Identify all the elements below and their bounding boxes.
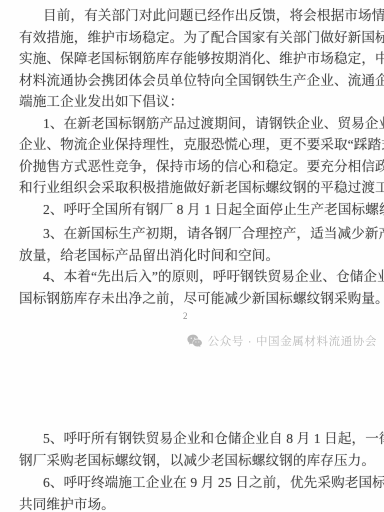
document-line: 和行业组织会采取积极措施做好新老国标螺纹钢的平稳过渡工作。 [19, 177, 375, 199]
page-number: 2 [183, 311, 188, 321]
document-line: 6、呼吁终端施工企业在 9 月 25 日之前，优先采购老国标钢筋， [19, 472, 375, 494]
document-line: 企业、物流企业保持理性，克服恐慌心理，更不要采取“踩踏式”低 [19, 134, 375, 156]
document-body-top: 目前，有关部门对此问题已经作出反馈，将会根据市场情况采取 有效措施，维护市场稳定… [19, 5, 375, 309]
document-page: 目前，有关部门对此问题已经作出反馈，将会根据市场情况采取 有效措施，维护市场稳定… [0, 0, 384, 512]
document-line: 2、呼吁全国所有钢厂 8 月 1 日起全面停止生产老国标螺纹钢。 [19, 199, 375, 221]
document-line: 价抛售方式恶性竞争，保持市场的信心和稳定。要充分相信政府部门 [19, 156, 375, 178]
document-line: 材料流通协会携团体会员单位特向全国钢铁生产企业、流通企业、终 [19, 70, 375, 92]
document-body-bottom: 5、呼吁所有钢铁贸易企业和仓储企业自 8 月 1 日起，一律不再向 钢厂采购老国… [19, 428, 375, 512]
document-line: 5、呼吁所有钢铁贸易企业和仓储企业自 8 月 1 日起，一律不再向 [19, 428, 375, 450]
watermark-text: 公众号 · 中国金属材料流通协会 [208, 333, 377, 349]
document-line: 目前，有关部门对此问题已经作出反馈，将会根据市场情况采取 [19, 5, 375, 27]
document-line: 实施、保障老国标钢筋库存能够按期消化、维护市场稳定，中国金属 [19, 48, 375, 70]
document-line: 端施工企业发出如下倡议： [19, 91, 375, 113]
wechat-watermark: 公众号 · 中国金属材料流通协会 [187, 333, 377, 349]
document-line: 4、本着“先出后入”的原则，呼吁钢铁贸易企业、仓储企业在老 [19, 266, 375, 288]
document-line: 国标钢筋库存未出净之前，尽可能减少新国标螺纹钢采购量。 [19, 288, 375, 310]
document-line: 1、在新老国标钢筋产品过渡期间，请钢铁企业、贸易企业、仓储 [19, 113, 375, 135]
document-line: 共同维护市场。 [19, 494, 375, 512]
document-line: 3、在新国标生产初期，请各钢厂合理控产，适当减少新产品的投 [19, 223, 375, 245]
document-line: 钢厂采购老国标螺纹钢，以减少老国标螺纹钢的库存压力。 [19, 450, 375, 472]
document-line: 有效措施，维护市场稳定。为了配合国家有关部门做好新国标的落地 [19, 27, 375, 49]
wechat-icon [187, 334, 203, 348]
document-line: 放量，给老国标产品留出消化时间和空间。 [19, 245, 375, 267]
